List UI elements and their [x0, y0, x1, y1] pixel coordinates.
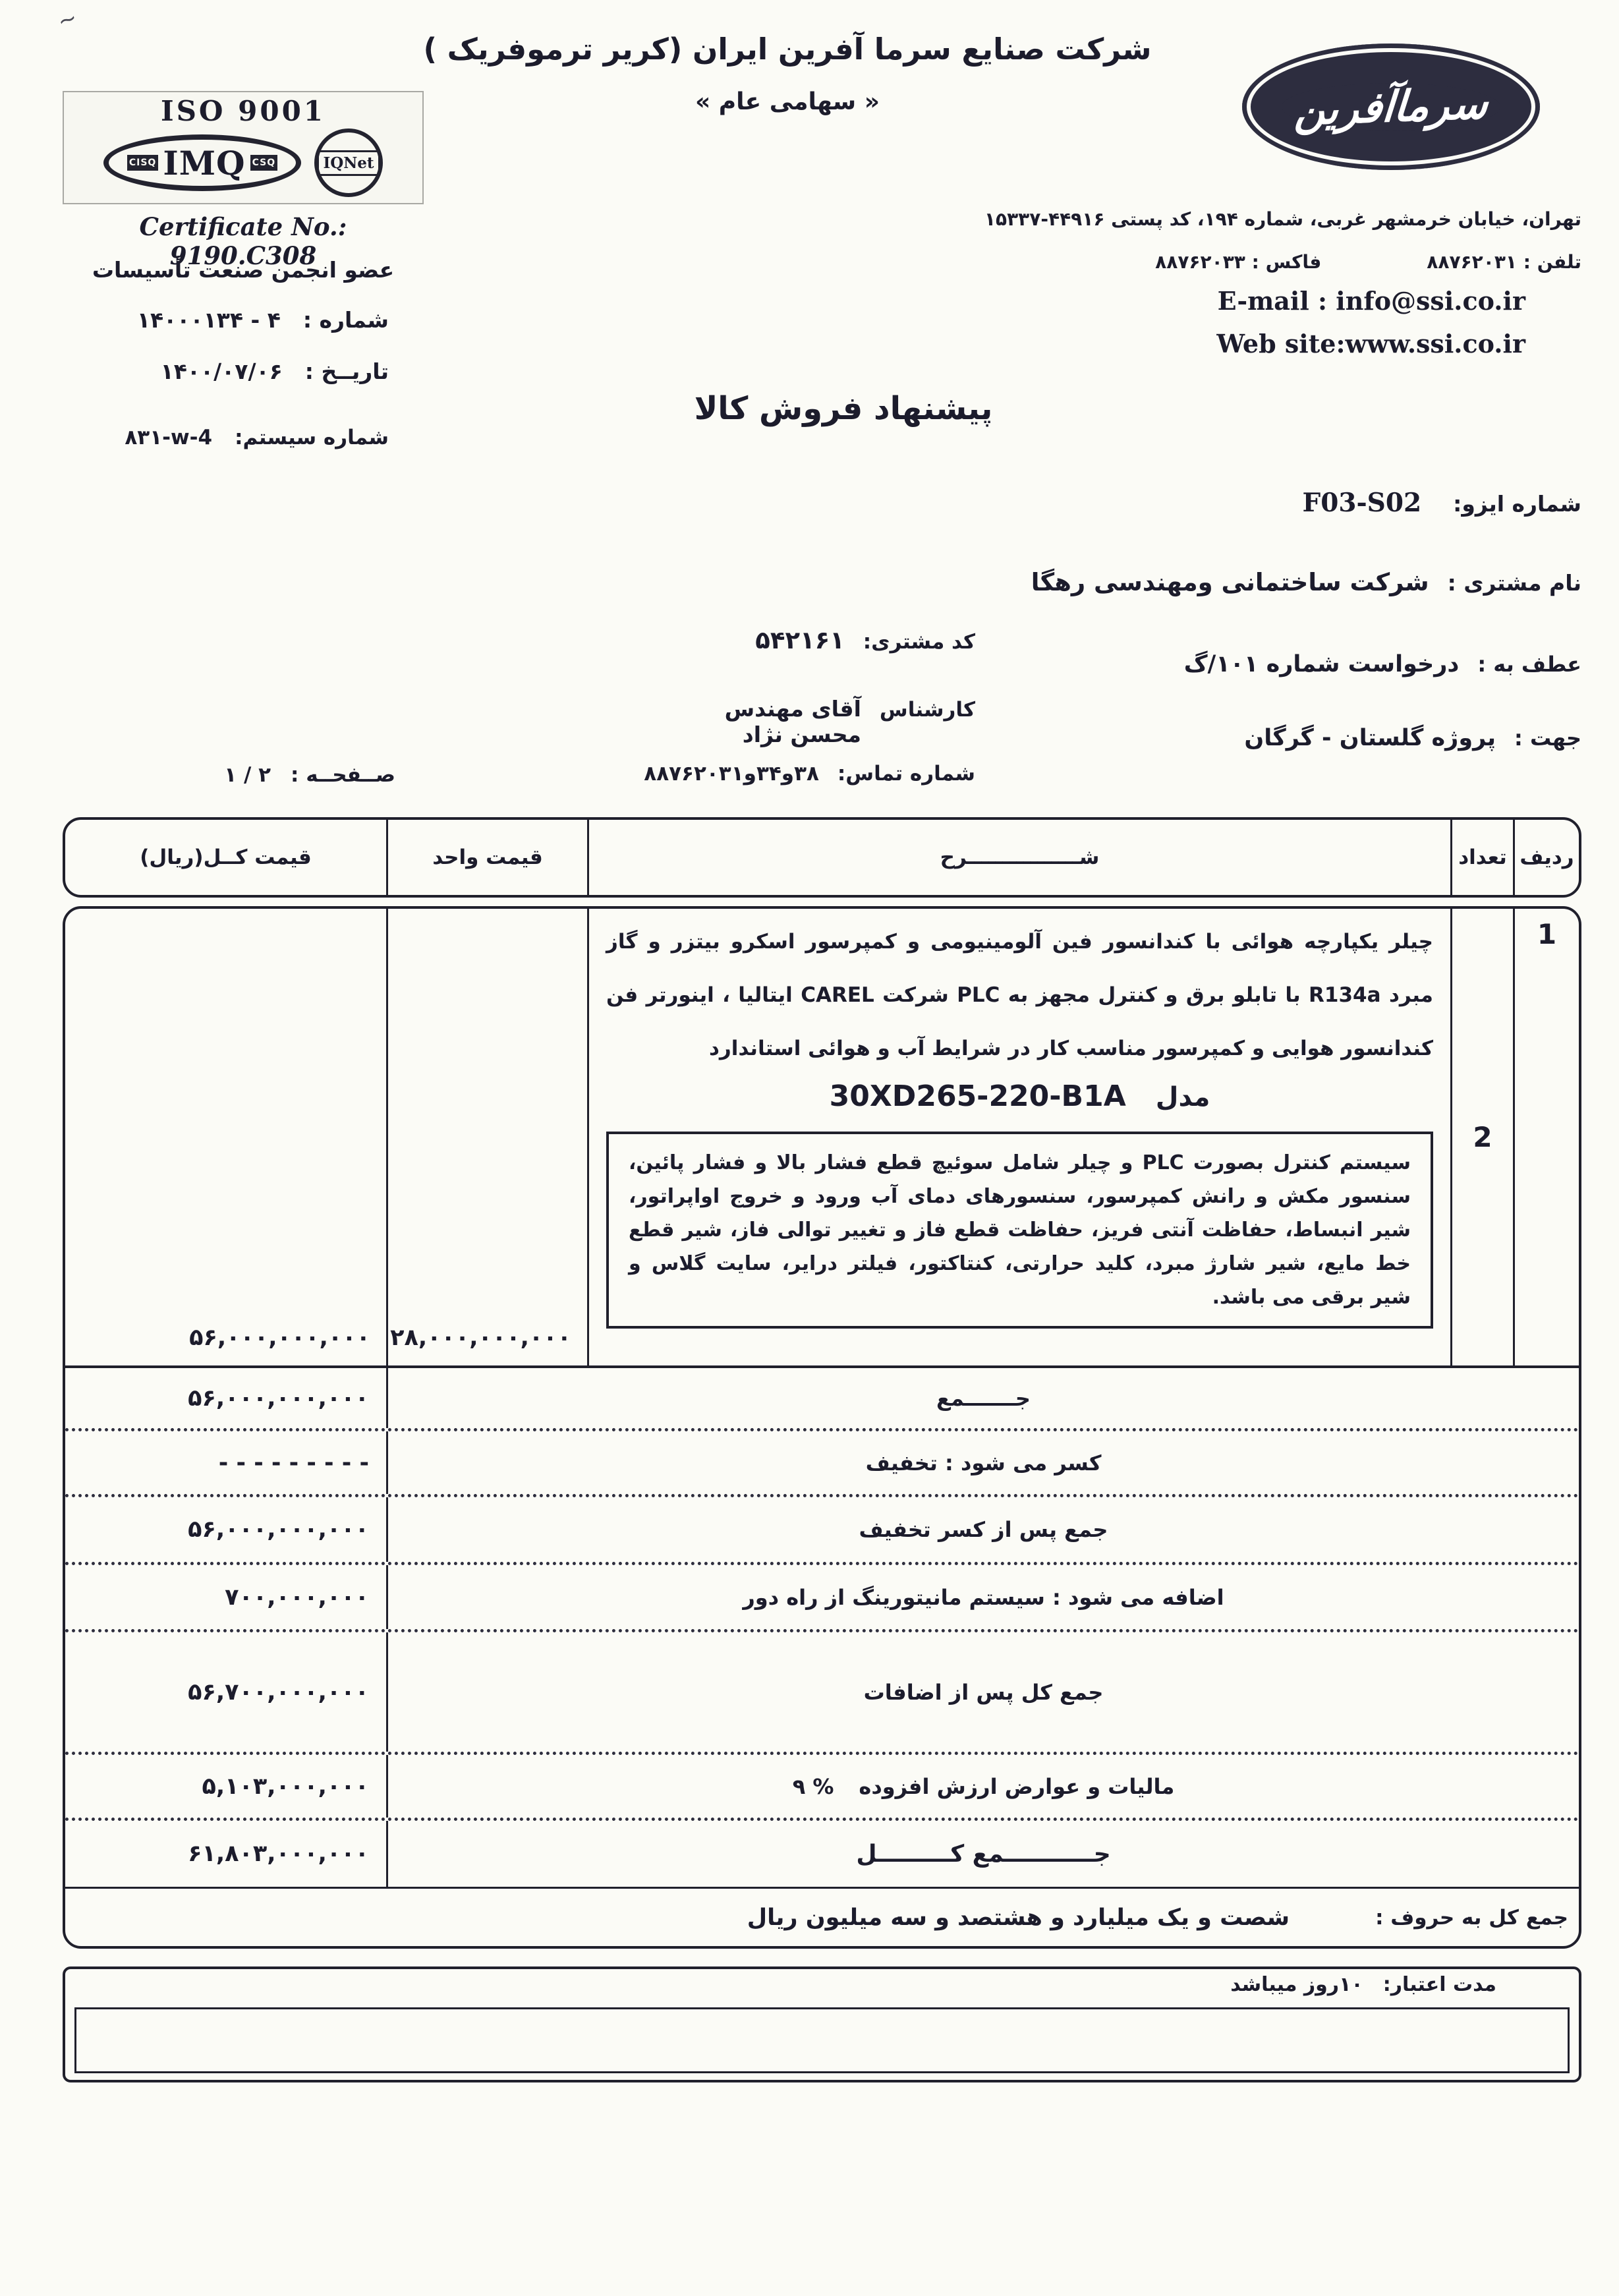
summary-sum-value: ۵۶,۰۰۰,۰۰۰,۰۰۰	[65, 1368, 388, 1428]
document-date-row: تاریــخ : ۱۴۰۰/۰۷/۰۶	[59, 359, 389, 384]
summary-row-vat: ۵,۱۰۳,۰۰۰,۰۰۰ مالیات و عوارض ارزش افزوده…	[65, 1755, 1579, 1821]
document-date-value: ۱۴۰۰/۰۷/۰۶	[161, 359, 283, 384]
item-model-line: مدل 30XD265-220-B1A	[606, 1079, 1433, 1113]
customer-code-value: ۵۴۲۱۶۱	[755, 626, 845, 654]
summary-row-addition: ۷۰۰,۰۰۰,۰۰۰ اضافه می شود : سیستم مانیتور…	[65, 1565, 1579, 1632]
company-name: شرکت صنایع سرما آفرین ایران (کریر ترموفر…	[409, 32, 1166, 67]
iso-form-number-value: F03-S02	[1303, 488, 1422, 518]
system-number-label: شماره سیستم:	[235, 426, 389, 449]
reference-row: عطف به : درخواست شماره ۱۰۱/گ	[857, 651, 1581, 677]
csq-logo-icon: CSQ	[250, 155, 278, 171]
iqnet-label: IQNet	[317, 150, 380, 176]
imq-label: IMQ	[163, 144, 245, 183]
summary-row-after-discount: ۵۶,۰۰۰,۰۰۰,۰۰۰ جمع پس از کسر تخفیف	[65, 1497, 1579, 1565]
page-label: صــفحــه :	[291, 763, 395, 787]
tel-fax-line: تلفن : ۸۸۷۶۲۰۳۱ فاکس : ۸۸۷۶۲۰۳۳	[843, 251, 1581, 273]
summary-label-text: کسر می شود : تخفیف	[866, 1450, 1102, 1476]
company-logo-script-icon: سرماآفرین	[1293, 78, 1489, 134]
company-address: تهران، خیابان خرمشهر غربی، شماره ۱۹۴، کد…	[843, 208, 1581, 230]
summary-addition-label: اضافه می شود : سیستم مانیتورینگ از راه د…	[388, 1565, 1579, 1629]
system-number-row: شماره سیستم: ۸۳۱-w-4	[59, 426, 389, 449]
expert-row: کارشناس آقای مهندس محسن نژاد	[652, 696, 975, 747]
customer-code-row: کد مشتری: ۵۴۲۱۶۱	[685, 626, 975, 654]
summary-grand-total-label: جـــــــــــمع کـــــــــل	[388, 1821, 1579, 1887]
document-date-label: تاریــخ :	[305, 359, 389, 384]
validity-label: مدت اعتبار:	[1383, 1973, 1496, 1996]
company-website: Web site:www.ssi.co.ir	[843, 329, 1581, 359]
vat-percent-badge: ۹ %	[793, 1774, 834, 1799]
customer-name-row: نام مشتری : شرکت ساختمانی ومهندسی رهگا	[857, 568, 1581, 596]
notes-empty-box	[74, 2007, 1570, 2073]
iso-form-number-row: شماره ایزو: F03-S02	[1153, 488, 1581, 518]
item-description-cell: چیلر یکپارچه هوائی با کندانسور فین آلومی…	[589, 909, 1452, 1365]
items-table-body: ۵۶,۰۰۰,۰۰۰,۰۰۰ ۲۸,۰۰۰,۰۰۰,۰۰۰ چیلر یکپار…	[63, 906, 1581, 1949]
summary-total-after-additions-value: ۵۶,۷۰۰,۰۰۰,۰۰۰	[65, 1632, 388, 1752]
customer-name-label: نام مشتری :	[1448, 570, 1581, 596]
iso-form-number-label: شماره ایزو:	[1453, 491, 1581, 517]
table-row: ۵۶,۰۰۰,۰۰۰,۰۰۰ ۲۸,۰۰۰,۰۰۰,۰۰۰ چیلر یکپار…	[65, 909, 1579, 1368]
validity-row: مدت اعتبار: ۱۰روز میباشد	[1230, 1973, 1496, 1996]
item-unit-price: ۲۸,۰۰۰,۰۰۰,۰۰۰	[388, 909, 589, 1365]
item-total-price: ۵۶,۰۰۰,۰۰۰,۰۰۰	[65, 909, 388, 1365]
summary-grand-total-value: ۶۱,۸۰۳,۰۰۰,۰۰۰	[65, 1821, 388, 1887]
validity-section: مدت اعتبار: ۱۰روز میباشد	[63, 1966, 1581, 2082]
summary-after-discount-label: جمع پس از کسر تخفیف	[388, 1497, 1579, 1562]
association-membership: عضو انجمن صنعت تأسیسات	[63, 257, 424, 283]
column-header-quantity: تعداد	[1452, 820, 1515, 895]
column-header-unit-price: قیمت واحد	[388, 820, 589, 895]
item-row-number: 1	[1515, 909, 1579, 1365]
iso-certification-badge: ISO 9001 CISQ IMQ CSQ IQNet	[63, 91, 424, 204]
summary-row-grand-total: ۶۱,۸۰۳,۰۰۰,۰۰۰ جـــــــــــمع کـــــــــ…	[65, 1821, 1579, 1889]
imq-logo-icon: CISQ IMQ CSQ	[103, 134, 301, 191]
summary-row-total-after-additions: ۵۶,۷۰۰,۰۰۰,۰۰۰ جمع کل پس از اضافات	[65, 1632, 1579, 1755]
page-value: ۱ / ۲	[224, 763, 271, 787]
summary-label-text: جـــــــــــمع کـــــــــل	[856, 1841, 1110, 1868]
summary-discount-value: - - - - - - - - -	[65, 1431, 388, 1494]
item-quantity: 2	[1452, 909, 1515, 1365]
document-number-value: ۴ - ۱۴۰۰۰۱۳۴	[137, 307, 281, 333]
expert-label: کارشناس	[880, 698, 975, 722]
summary-after-discount-value: ۵۶,۰۰۰,۰۰۰,۰۰۰	[65, 1497, 388, 1562]
total-in-words-value: شصت و یک میلیارد و هشتصد و سه میلیون ریا…	[747, 1905, 1290, 1931]
summary-label-text: مالیات و عوارض ارزش افزوده	[859, 1774, 1174, 1799]
system-number-value: ۸۳۱-w-4	[125, 426, 212, 449]
project-label: جهت :	[1514, 726, 1581, 751]
document-number-label: شماره :	[303, 307, 389, 333]
summary-addition-value: ۷۰۰,۰۰۰,۰۰۰	[65, 1565, 388, 1629]
fax-number: فاکس : ۸۸۷۶۲۰۳۳	[1155, 251, 1321, 273]
pen-mark: ~	[55, 5, 80, 36]
model-label: مدل	[1156, 1082, 1210, 1112]
document-number-row: شماره : ۴ - ۱۴۰۰۰۱۳۴	[59, 307, 389, 333]
project-value: پروژه گلستان - گرگان	[1244, 725, 1496, 751]
expert-value: آقای مهندس محسن نژاد	[652, 696, 861, 747]
customer-code-label: کد مشتری:	[863, 630, 975, 654]
summary-vat-label: مالیات و عوارض ارزش افزوده ۹ %	[388, 1755, 1579, 1818]
summary-vat-value: ۵,۱۰۳,۰۰۰,۰۰۰	[65, 1755, 388, 1818]
summary-sum-label: جـــــــمع	[388, 1368, 1579, 1428]
company-email: E-mail : info@ssi.co.ir	[843, 286, 1581, 316]
contact-number-value: ۳۸و۳۴و۸۸۷۶۲۰۳۱	[644, 762, 819, 786]
summary-total-after-additions-label: جمع کل پس از اضافات	[388, 1632, 1579, 1752]
summary-row-discount: - - - - - - - - - کسر می شود : تخفیف	[65, 1431, 1579, 1497]
customer-name-value: شرکت ساختمانی ومهندسی رهگا	[1031, 568, 1429, 596]
column-header-description: شــــــــــــــــرح	[589, 820, 1452, 895]
validity-value: ۱۰روز میباشد	[1230, 1973, 1363, 1996]
summary-label-text: جمع پس از کسر تخفیف	[859, 1517, 1108, 1542]
summary-row-sum: ۵۶,۰۰۰,۰۰۰,۰۰۰ جـــــــمع	[65, 1368, 1579, 1431]
contact-number-row: شماره تماس: ۳۸و۳۴و۸۸۷۶۲۰۳۱	[619, 762, 975, 786]
items-table-header: قیمت کــل(ریال) قیمت واحد شـــــــــــــ…	[63, 817, 1581, 898]
company-contact-block: تهران، خیابان خرمشهر غربی، شماره ۱۹۴، کد…	[843, 208, 1581, 359]
quotation-document: ~ شرکت صنایع سرما آفرین ایران (کریر ترمو…	[0, 0, 1619, 2296]
company-logo: سرماآفرین	[1242, 43, 1540, 170]
certification-logos: CISQ IMQ CSQ IQNet	[103, 129, 383, 197]
page-indicator-row: صــفحــه : ۱ / ۲	[152, 763, 395, 787]
model-value: 30XD265-220-B1A	[830, 1079, 1126, 1113]
summary-label-text: اضافه می شود : سیستم مانیتورینگ از راه د…	[743, 1585, 1224, 1610]
item-description: چیلر یکپارچه هوائی با کندانسور فین آلومی…	[606, 915, 1433, 1076]
control-system-spec: سیستم کنترل بصورت PLC و چیلر شامل سوئیچ …	[606, 1132, 1433, 1329]
contact-number-label: شماره تماس:	[838, 762, 975, 786]
iqnet-logo-icon: IQNet	[314, 129, 383, 197]
total-in-words-label: جمع کل به حروف :	[1375, 1906, 1568, 1930]
column-header-total-price: قیمت کــل(ریال)	[65, 820, 388, 895]
summary-discount-label: کسر می شود : تخفیف	[388, 1431, 1579, 1494]
total-in-words-row: جمع کل به حروف : شصت و یک میلیارد و هشتص…	[65, 1889, 1579, 1946]
column-header-row-number: ردیف	[1515, 820, 1579, 895]
document-title: پیشنهاد فروش کالا	[685, 390, 1002, 427]
telephone-number: تلفن : ۸۸۷۶۲۰۳۱	[1427, 251, 1581, 273]
reference-label: عطف به :	[1477, 652, 1581, 677]
company-type: « سهامی عام »	[409, 88, 1166, 115]
summary-label-text: جمع کل پس از اضافات	[864, 1680, 1104, 1705]
cisq-logo-icon: CISQ	[127, 155, 158, 171]
reference-value: درخواست شماره ۱۰۱/گ	[1184, 651, 1460, 677]
summary-label-text: جـــــــمع	[936, 1386, 1031, 1411]
iso-9001-label: ISO 9001	[161, 95, 326, 127]
